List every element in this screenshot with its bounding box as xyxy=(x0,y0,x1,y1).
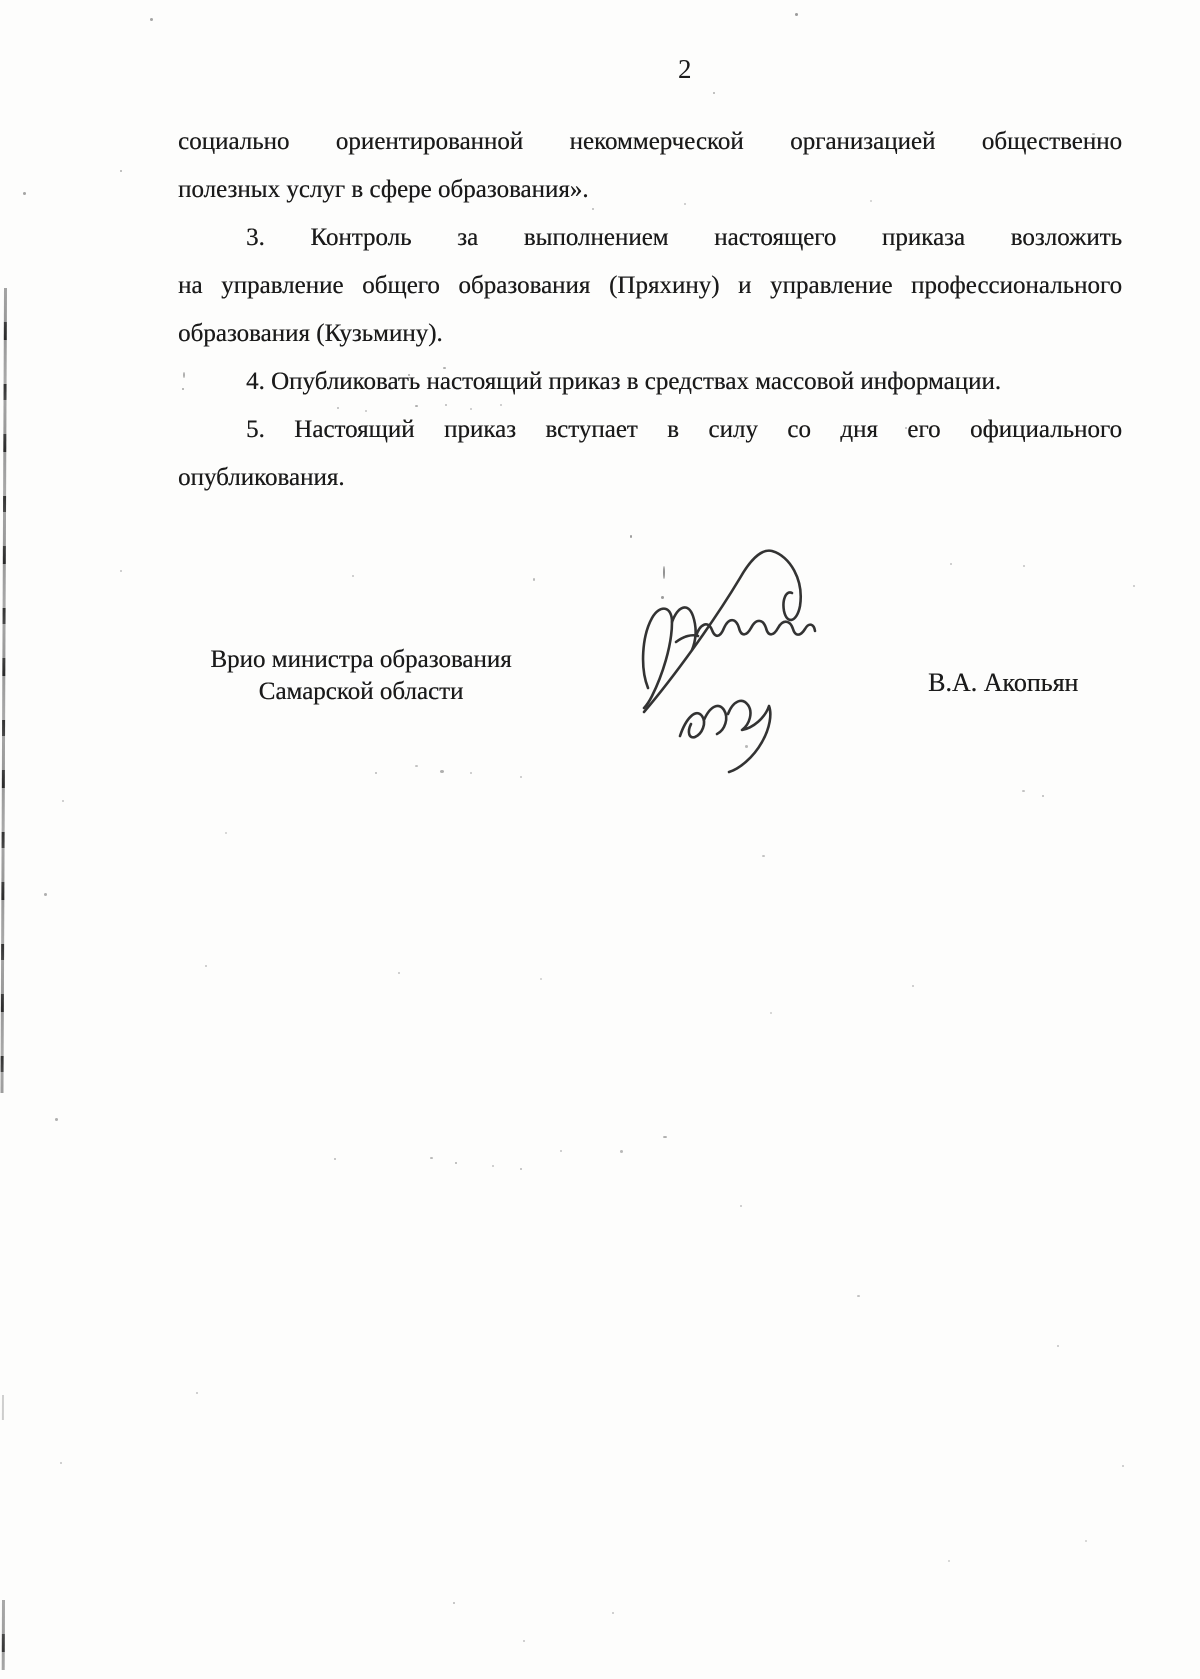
scan-speckle xyxy=(745,382,747,384)
page-number: 2 xyxy=(655,54,715,85)
scan-speckle xyxy=(533,578,535,581)
scan-speckle xyxy=(1057,1345,1059,1347)
scan-speckle xyxy=(500,404,502,406)
scan-speckle xyxy=(684,203,686,205)
signer-position-line2: Самарской области xyxy=(178,676,544,708)
scan-speckle xyxy=(445,404,447,406)
scan-speckle xyxy=(620,1150,623,1153)
scan-speckle xyxy=(948,1560,950,1562)
scan-speckle xyxy=(443,367,446,369)
signer-position-line1: Врио министра образования xyxy=(178,644,544,676)
scan-speckle xyxy=(440,770,444,773)
scanned-document-page: 2 социально ориентированной некоммерческ… xyxy=(0,0,1200,1679)
scan-speckle xyxy=(55,1118,58,1121)
body-line: опубликования. xyxy=(178,454,1122,502)
scan-speckle xyxy=(520,1168,522,1170)
scan-speckle xyxy=(398,972,400,974)
scan-edge-line xyxy=(2,1395,4,1420)
scan-speckle xyxy=(1022,790,1025,792)
scan-speckle xyxy=(905,427,907,429)
scan-speckle xyxy=(770,1012,772,1014)
scan-speckle xyxy=(713,92,715,94)
body-line: полезных услуг в сфере образования». xyxy=(178,166,1122,214)
scan-speckle xyxy=(337,407,339,409)
handwritten-signature-icon xyxy=(588,518,823,786)
body-line: социально ориентированной некоммерческой… xyxy=(178,118,1122,166)
body-line: 5. Настоящий приказ вступает в силу со д… xyxy=(178,406,1122,454)
scan-speckle xyxy=(612,1612,614,1614)
scan-speckle xyxy=(375,772,377,774)
scan-speckle xyxy=(560,1150,562,1152)
scan-speckle xyxy=(365,410,367,412)
document-body: социально ориентированной некоммерческой… xyxy=(178,118,1122,502)
scan-speckle xyxy=(950,563,952,565)
scan-speckle xyxy=(870,200,872,202)
scan-speckle xyxy=(182,388,184,390)
scan-speckle xyxy=(630,535,632,538)
scan-speckle xyxy=(470,408,472,410)
scan-speckle xyxy=(540,978,542,980)
scan-speckle xyxy=(663,1136,667,1138)
scan-speckle xyxy=(912,985,914,987)
scan-speckle xyxy=(44,893,47,896)
scan-speckle xyxy=(455,1162,457,1164)
scan-speckle xyxy=(1085,1540,1087,1542)
scan-edge-line xyxy=(0,288,7,1093)
scan-speckle xyxy=(857,1295,860,1297)
scan-speckle xyxy=(352,575,354,577)
signer-position-title: Врио министра образования Самарской обла… xyxy=(178,644,544,708)
body-line: на управление общего образования (Пряхин… xyxy=(178,262,1122,310)
scan-edge-line xyxy=(2,1600,5,1670)
scan-speckle xyxy=(334,1158,336,1160)
scan-speckle xyxy=(120,570,122,572)
scan-speckle xyxy=(737,437,739,439)
scan-speckle xyxy=(795,13,798,16)
scan-speckle xyxy=(415,765,418,767)
scan-speckle xyxy=(492,1165,494,1167)
scan-speckle xyxy=(740,1205,742,1207)
scan-speckle xyxy=(60,1462,62,1464)
scan-speckle xyxy=(196,1392,198,1394)
scan-speckle xyxy=(592,208,594,210)
scan-speckle xyxy=(225,832,227,834)
scan-speckle xyxy=(183,372,185,378)
scan-speckle xyxy=(120,170,122,172)
scan-speckle xyxy=(663,566,665,579)
scan-speckle xyxy=(1023,565,1025,567)
body-line: 3. Контроль за выполнением настоящего пр… xyxy=(178,214,1122,262)
scan-speckle xyxy=(1092,133,1095,135)
scan-speckle xyxy=(1133,585,1135,587)
scan-speckle xyxy=(661,596,664,599)
scan-speckle xyxy=(1042,795,1044,797)
scan-speckle xyxy=(453,1602,455,1604)
scan-speckle xyxy=(762,855,765,857)
scan-speckle xyxy=(415,405,418,407)
scan-speckle xyxy=(1122,1465,1124,1467)
scan-speckle xyxy=(408,374,410,376)
scan-speckle xyxy=(205,965,207,967)
scan-speckle xyxy=(523,1640,525,1642)
signer-name: В.А. Акопьян xyxy=(928,668,1078,698)
scan-speckle xyxy=(23,192,26,195)
scan-speckle xyxy=(150,18,153,21)
scan-speckle xyxy=(520,776,522,778)
scan-speckle xyxy=(470,772,472,774)
scan-speckle xyxy=(62,800,64,802)
scan-speckle xyxy=(745,745,748,748)
scan-speckle xyxy=(430,1157,433,1159)
body-line: образования (Кузьмину). xyxy=(178,310,1122,358)
body-line: 4. Опубликовать настоящий приказ в средс… xyxy=(178,358,1122,406)
